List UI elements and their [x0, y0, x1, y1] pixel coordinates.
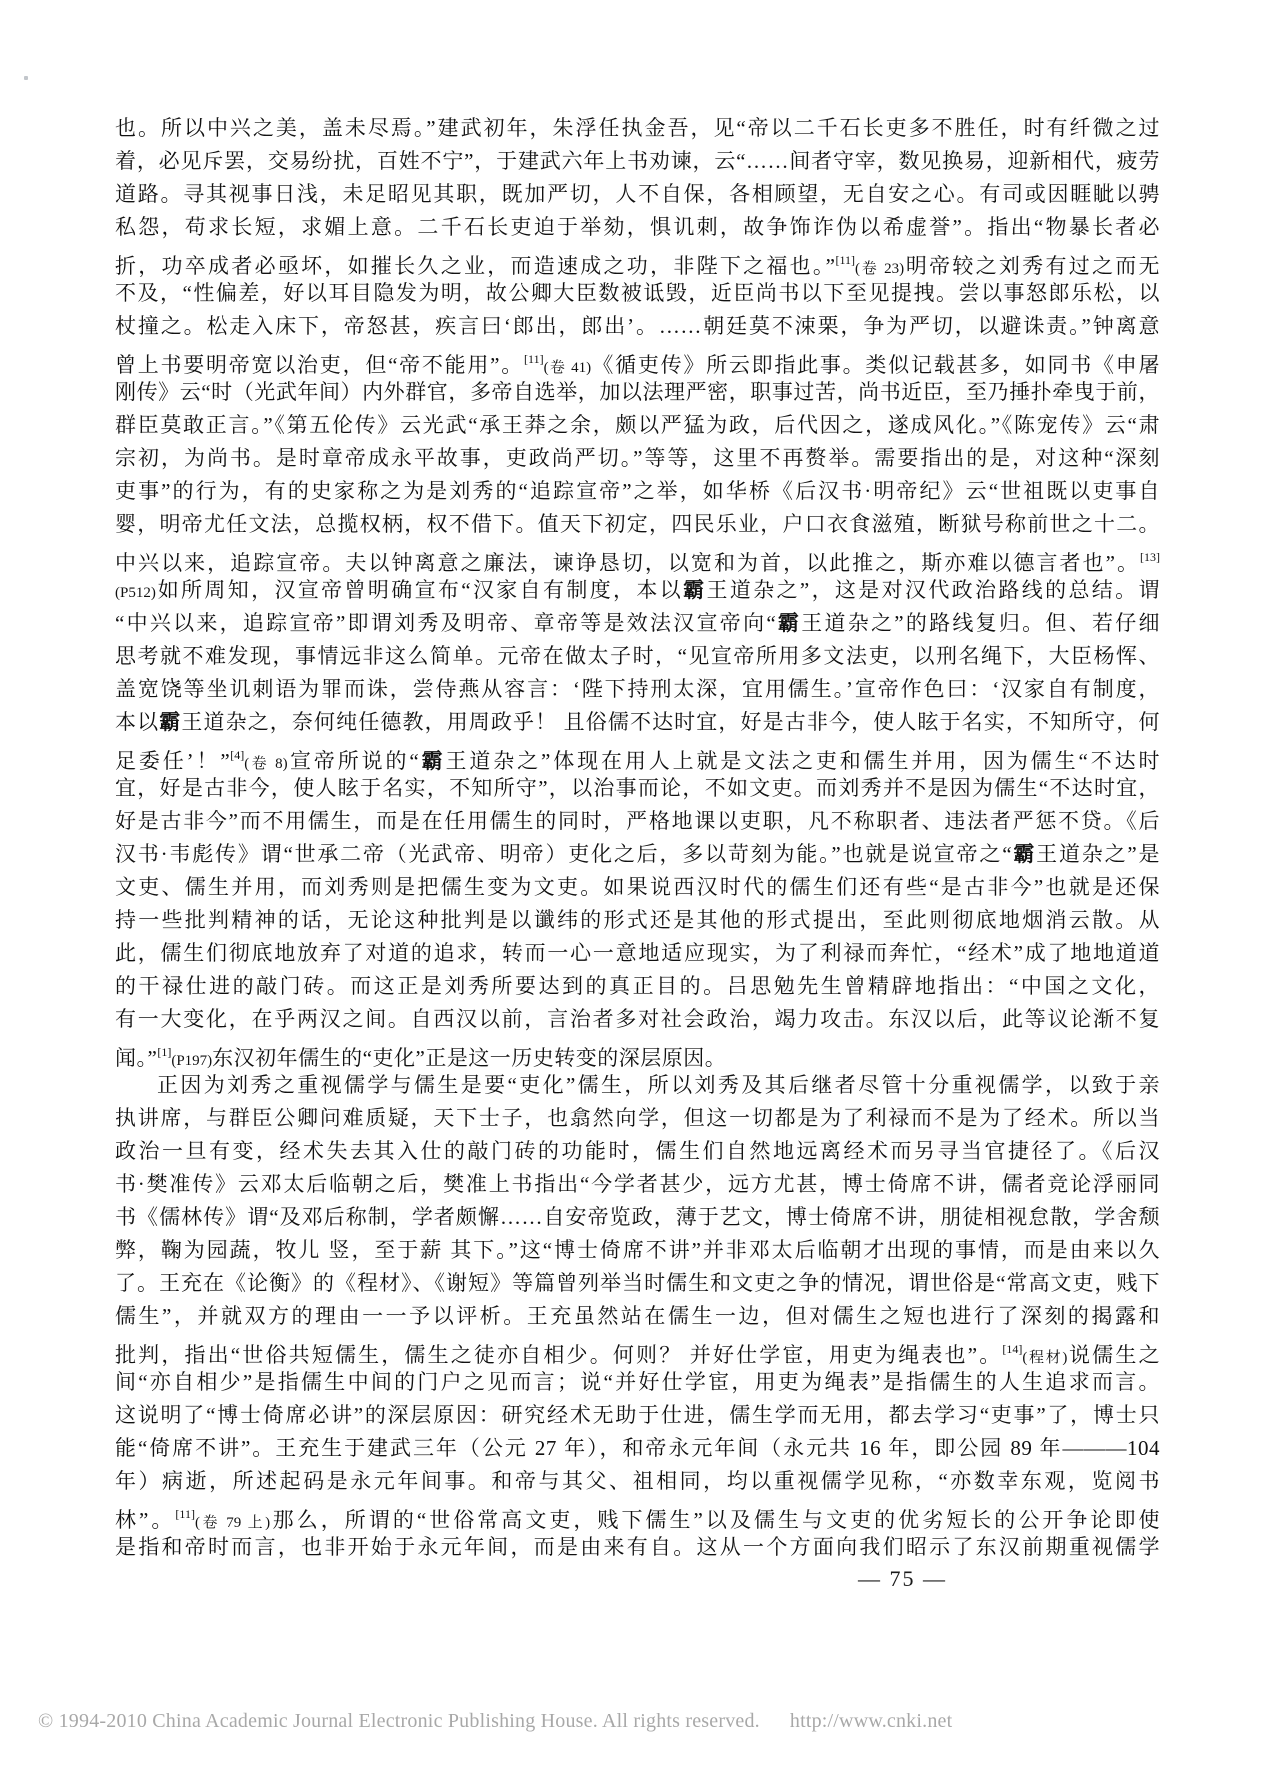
text-line: 是指和帝时而言，也非开始于永元年间，而是由来有自。这从一个方面向我们昭示了东汉前…	[115, 1531, 1160, 1564]
citation-note: (卷 79 上)	[195, 1515, 270, 1531]
text-line: 群臣莫敢正言。”《第五伦传》云光武“承王莽之余，颇以严猛为政，后代因之，遂成风化…	[115, 409, 1160, 442]
text-line: 也。所以中兴之美，盖未尽焉。”建武初年，朱浮任执金吾，见“帝以二千石长吏多不胜任…	[115, 112, 1160, 145]
text-line: 执讲席，与群臣公卿问难质疑，天下士子，也翕然向学，但这一切都是为了利禄而不是为了…	[115, 1102, 1160, 1135]
citation-superscript: [1]	[157, 1045, 171, 1059]
text-line: 宗初，为尚书。是时章帝成永平故事，吏政尚严切。”等等，这里不再赘举。需要指出的是…	[115, 442, 1160, 475]
text-line: 汉书·韦彪传》谓“世承二帝（光武帝、明帝）吏化之后，多以苛刻为能。”也就是说宣帝…	[115, 838, 1160, 871]
citation-note: (卷 8)	[244, 756, 287, 772]
document-page: 也。所以中兴之美，盖未尽焉。”建武初年，朱浮任执金吾，见“帝以二千石长吏多不胜任…	[0, 0, 1271, 1772]
bold-text: 霸	[1012, 842, 1036, 866]
text-line: 本以霸王道杂之，奈何纯任德教，用周政乎！ 且俗儒不达时宜，好是古非今，使人眩于名…	[115, 706, 1160, 739]
citation-superscript: [11]	[836, 253, 856, 267]
footer-url: http://www.cnki.net	[790, 1710, 952, 1732]
text-line: 私怨，苟求长短，求媚上意。二千石长吏迫于举劾，惧讥刺，故争饰诈伪以希虚誉”。指出…	[115, 211, 1160, 244]
text-line: 正因为刘秀之重视儒学与儒生是要“吏化”儒生，所以刘秀及其后继者尽管十分重视儒学，…	[115, 1069, 1160, 1102]
text-line: 文吏、儒生并用，而刘秀则是把儒生变为文吏。如果说西汉时代的儒生们还有些“是古非今…	[115, 871, 1160, 904]
text-line: 杖撞之。松走入床下，帝怒甚，疾言曰‘郎出，郎出’。……朝廷莫不涑栗，争为严切，以…	[115, 310, 1160, 343]
text-line: 折，功卒成者必亟坏，如摧长久之业，而造速成之功，非陛下之福也。”[11](卷 2…	[115, 244, 1160, 277]
citation-note: (程材)	[1022, 1350, 1067, 1366]
text-line: 批判，指出“世俗共短儒生，儒生之徒亦自相少。何则？ 并好仕学宦，用吏为绳表也”。…	[115, 1333, 1160, 1366]
text-line: 的干禄仕进的敲门砖。而这正是刘秀所要达到的真正目的。吕思勉先生曾精辟地指出：“中…	[115, 970, 1160, 1003]
citation-superscript: [14]	[1002, 1342, 1022, 1356]
citation-superscript: [13]	[1140, 550, 1160, 564]
text-line: 政治一旦有变，经术失去其入仕的敲门砖的功能时，儒生们自然地远离经术而另寻当官捷径…	[115, 1135, 1160, 1168]
citation-note: (P197)	[171, 1053, 212, 1069]
citation-note: (卷 23)	[855, 261, 904, 277]
citation-note: (P512)	[115, 585, 156, 601]
citation-superscript: [11]	[524, 352, 544, 366]
scan-artifact-speck	[24, 76, 28, 80]
text-line: 书《儒林传》谓“及邓后称制，学者颇懈……自安帝览政，薄于艺文，博士倚席不讲，朋徒…	[115, 1201, 1160, 1234]
text-line: 刚传》云“时（光武年间）内外群官，多帝自选举，加以法理严密，职事过苦，尚书近臣，…	[115, 376, 1160, 409]
footer-copyright: © 1994-2010 China Academic Journal Elect…	[38, 1710, 760, 1732]
text-line: 足委任’！”[4](卷 8)宣帝所说的“霸王道杂之”体现在用人上就是文法之吏和儒…	[115, 739, 1160, 772]
text-line: 有一大变化，在乎两汉之间。自西汉以前，言治者多对社会政治，竭力攻击。东汉以后，此…	[115, 1003, 1160, 1036]
text-line: 这说明了“博士倚席必讲”的深层原因：研究经术无助于仕进，儒生学而无用，都去学习“…	[115, 1399, 1160, 1432]
text-line: 吏事”的行为，有的史家称之为是刘秀的“追踪宣帝”之举，如华桥《后汉书·明帝纪》云…	[115, 475, 1160, 508]
text-line: 弊，鞠为园蔬，牧儿 竖，至于薪 其下。”这“博士倚席不讲”并非邓太后临朝才出现的…	[115, 1234, 1160, 1267]
text-line: 间“亦自相少”是指儒生中间的门户之见而言；说“并好仕学宦，用吏为绳表”是指儒生的…	[115, 1366, 1160, 1399]
text-line: 中兴以来，追踪宣帝。夫以钟离意之廉法，谏诤恳切，以宽和为首，以此推之，斯亦难以德…	[115, 541, 1160, 574]
text-line: (P512)如所周知，汉宣帝曾明确宣布“汉家自有制度，本以霸王道杂之”，这是对汉…	[115, 574, 1160, 607]
citation-superscript: [4]	[230, 748, 244, 762]
text-line: 儒生”，并就双方的理由一一予以评析。王充虽然站在儒生一边，但对儒生之短也进行了深…	[115, 1300, 1160, 1333]
text-line: 道路。寻其视事日浅，未足昭见其职，既加严切，人不自保，各相顾望，无自安之心。有司…	[115, 178, 1160, 211]
text-line: 了。王充在《论衡》的《程材》、《谢短》等篇曾列举当时儒生和文吏之争的情况，谓世俗…	[115, 1267, 1160, 1300]
text-line: 思考就不难发现，事情远非这么简单。元帝在做太子时，“见宣帝所用多文法吏，以刑名绳…	[115, 640, 1160, 673]
text-line: 不及，“性偏差，好以耳目隐发为明，故公卿大臣数被诋毁，近臣尚书以下至见提拽。尝以…	[115, 277, 1160, 310]
text-line: 能“倚席不讲”。王充生于建武三年（公元 27 年），和帝永元年间（永元共 16 …	[115, 1432, 1160, 1465]
text-line: 婴，明帝尤任文法，总揽权柄，权不借下。值天下初定，四民乐业，户口衣食滋殖，断狱号…	[115, 508, 1160, 541]
text-line: 着，必见斥罢，交易纷扰，百姓不宁”，于建武六年上书劝谏，云“……间者守宰，数见换…	[115, 145, 1160, 178]
text-block: 也。所以中兴之美，盖未尽焉。”建武初年，朱浮任执金吾，见“帝以二千石长吏多不胜任…	[115, 112, 1160, 1564]
text-line: 宜，好是古非今，使人眩于名实，不知所守”，以治事而论，不如文吏。而刘秀并不是因为…	[115, 772, 1160, 805]
text-line: 林”。[11](卷 79 上)那么，所谓的“世俗常高文吏，贱下儒生”以及儒生与文…	[115, 1498, 1160, 1531]
bold-text: 霸	[776, 611, 801, 635]
text-line: 曾上书要明帝宽以治吏，但“帝不能用”。[11](卷 41)《循吏传》所云即指此事…	[115, 343, 1160, 376]
bold-text: 霸	[683, 578, 706, 602]
citation-superscript: [11]	[175, 1507, 195, 1521]
text-line: 书·樊准传》云邓太后临朝之后，樊准上书指出“今学者甚少，远方尤甚，博士倚席不讲，…	[115, 1168, 1160, 1201]
text-line: 闻。”[1](P197)东汉初年儒生的“吏化”正是这一历史转变的深层原因。	[115, 1036, 1160, 1069]
text-line: 持一些批判精神的话，无论这种批判是以谶纬的形式还是其他的形式提出，至此则彻底地烟…	[115, 904, 1160, 937]
text-line: 此，儒生们彻底地放弃了对道的追求，转而一心一意地适应现实，为了利禄而奔忙，“经术…	[115, 937, 1160, 970]
page-number: — 75 —	[858, 1566, 947, 1592]
bold-text: 霸	[419, 749, 445, 772]
text-line: 年）病逝，所述起码是永元年间事。和帝与其父、祖相同，均以重视儒学见称，“亦数幸东…	[115, 1465, 1160, 1498]
page-footer: © 1994-2010 China Academic Journal Elect…	[38, 1710, 952, 1733]
text-line: 盖宽饶等坐讥刺语为罪而诛，尝侍燕从容言：‘陛下持刑太深，宜用儒生。’宣帝作色曰：…	[115, 673, 1160, 706]
text-line: “中兴以来，追踪宣帝”即谓刘秀及明帝、章帝等是效法汉宣帝向“霸王道杂之”的路线复…	[115, 607, 1160, 640]
bold-text: 霸	[159, 710, 181, 734]
text-line: 好是古非今”而不用儒生，而是在任用儒生的同时，严格地课以吏职，凡不称职者、违法者…	[115, 805, 1160, 838]
citation-note: (卷 41)	[544, 360, 592, 376]
